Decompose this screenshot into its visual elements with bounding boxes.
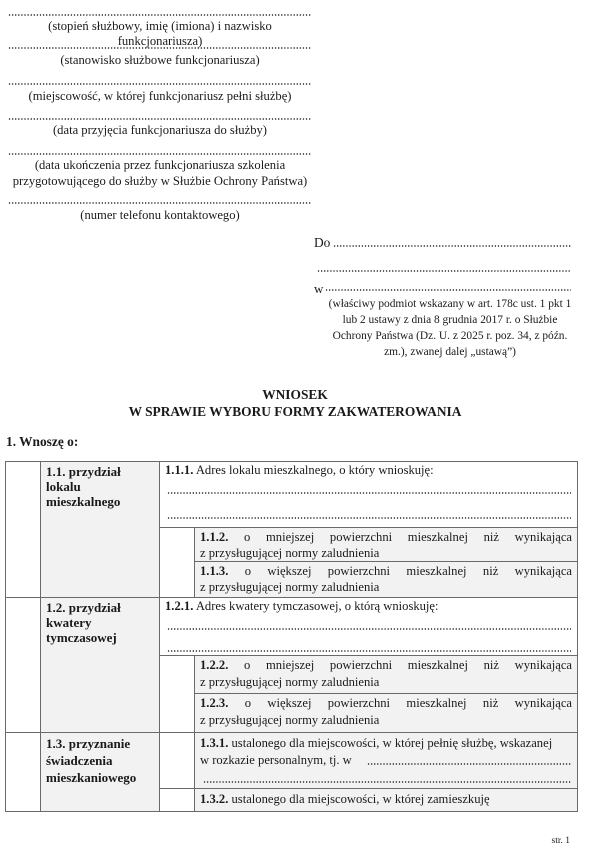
- checkbox-1-2-3[interactable]: [160, 694, 194, 732]
- personnel-order-location-field-1[interactable]: [367, 763, 571, 765]
- item-number: 1.2.1.: [165, 599, 193, 613]
- address-1-2-1-label: 1.2.1. Adres kwatery tymczasowej, o któr…: [165, 598, 439, 614]
- option-1-1-3: 1.1.3. o większej powierzchni mieszkalne…: [200, 563, 572, 595]
- training-date-field[interactable]: [8, 153, 312, 155]
- admission-date-caption: (data przyjęcia funkcjonariusza do służb…: [8, 123, 312, 138]
- option-line-1: 1.1.3. o większej powierzchni mieszkalne…: [200, 563, 572, 579]
- address-1-2-1-field-1[interactable]: [167, 628, 571, 630]
- group-title-line: tymczasowej: [46, 630, 121, 645]
- option-line-2: z przysługującej normy zaludnienia: [200, 545, 572, 561]
- option-1-1-2: 1.1.2. o mniejszej powierzchni mieszkaln…: [200, 529, 572, 561]
- admission-date-field[interactable]: [8, 118, 312, 120]
- recipient-note: (właściwy podmiot wskazany w art. 178c u…: [322, 296, 578, 360]
- item-text: o większej powierzchni mieszkalnej niż w…: [245, 564, 572, 578]
- divider: [159, 788, 578, 789]
- checkbox-1-1-2[interactable]: [160, 528, 194, 561]
- option-line-1: 1.3.1. ustalonego dla miejscowości, w kt…: [200, 735, 572, 752]
- position-field[interactable]: [8, 47, 312, 49]
- position-caption: (stanowisko służbowe funkcjonariusza): [8, 53, 312, 68]
- in-label: w: [314, 281, 323, 296]
- officer-name-caption: (stopień służbowy, imię (imiona) i nazwi…: [8, 19, 312, 49]
- item-text: Adres lokalu mieszkalnego, o który wnios…: [196, 463, 434, 477]
- option-1-3-2: 1.3.2. ustalonego dla miejscowości, w kt…: [200, 791, 572, 808]
- group-title-line: 1.1. przydział: [46, 464, 121, 479]
- divider: [194, 527, 195, 597]
- recipient-note-line: Ochrony Państwa (Dz. U. z 2025 r. poz. 3…: [322, 328, 578, 344]
- option-line-2: w rozkazie personalnym, tj. w: [200, 752, 572, 769]
- group-title-line: mieszkaniowego: [46, 769, 136, 786]
- document-title: WNIOSEK: [0, 386, 590, 403]
- officer-name-field[interactable]: [8, 14, 312, 16]
- item-number: 1.1.3.: [200, 564, 228, 578]
- section-1-heading: 1. Wnoszę o:: [6, 434, 78, 450]
- item-text: o większej powierzchni mieszkalnej niż w…: [245, 696, 572, 710]
- recipient-note-line: (właściwy podmiot wskazany w art. 178c u…: [322, 296, 578, 312]
- option-line-2: z przysługującej normy zaludnienia: [200, 579, 572, 595]
- item-text: o mniejszej powierzchni mieszkalnej niż …: [244, 530, 572, 544]
- group-title-line: 1.3. przyznanie: [46, 735, 136, 752]
- item-number: 1.2.3.: [200, 696, 228, 710]
- page-number: str. 1: [552, 836, 570, 846]
- phone-caption: (numer telefonu kontaktowego): [8, 208, 312, 223]
- group-title-line: kwatery: [46, 615, 121, 630]
- address-1-2-1-field-2[interactable]: [167, 650, 571, 652]
- item-number: 1.2.2.: [200, 658, 228, 672]
- checkbox-1-2[interactable]: [6, 598, 40, 732]
- divider: [194, 693, 578, 694]
- item-text: ustalonego dla miejscowości, w której pe…: [232, 736, 553, 750]
- item-number: 1.3.2.: [200, 792, 228, 806]
- checkbox-1-3-1[interactable]: [160, 733, 194, 788]
- option-line-2: z przysługującej normy zaludnienia: [200, 674, 572, 691]
- checkbox-1-2-2[interactable]: [160, 656, 194, 693]
- group-title-line: 1.2. przydział: [46, 600, 121, 615]
- item-number: 1.1.1.: [165, 463, 193, 477]
- recipient-field-2[interactable]: [317, 270, 571, 272]
- option-line-2: z przysługującej normy zaludnienia: [200, 712, 572, 729]
- recipient-note-line: zm.), zwanej dalej „ustawą”): [322, 344, 578, 360]
- address-1-1-1-label: 1.1.1. Adres lokalu mieszkalnego, o któr…: [165, 462, 434, 478]
- divider: [159, 655, 578, 656]
- document-subtitle: W SPRAWIE WYBORU FORMY ZAKWATEROWANIA: [0, 403, 590, 420]
- recipient-note-line: lub 2 ustawy z dnia 8 grudnia 2017 r. o …: [322, 312, 578, 328]
- item-number: 1.1.2.: [200, 530, 228, 544]
- divider: [5, 732, 578, 733]
- item-number: 1.3.1.: [200, 736, 228, 750]
- divider: [194, 732, 195, 812]
- checkbox-1-1-3[interactable]: [160, 562, 194, 597]
- checkbox-1-3-2[interactable]: [160, 789, 194, 811]
- recipient-field-1[interactable]: [333, 245, 571, 247]
- training-date-caption-2: przygotowującego do służby w Służbie Och…: [8, 174, 312, 189]
- group-1-1-title: 1.1. przydział lokalu mieszkalnego: [46, 464, 121, 509]
- option-1-2-3: 1.2.3. o większej powierzchni mieszkalne…: [200, 695, 572, 729]
- phone-field[interactable]: [8, 202, 312, 204]
- divider: [40, 461, 41, 812]
- option-1-2-2: 1.2.2. o mniejszej powierzchni mieszkaln…: [200, 657, 572, 691]
- group-1-2-title: 1.2. przydział kwatery tymczasowej: [46, 600, 121, 645]
- option-line-1: 1.2.2. o mniejszej powierzchni mieszkaln…: [200, 657, 572, 674]
- divider: [159, 527, 578, 528]
- group-title-line: lokalu: [46, 479, 121, 494]
- personnel-order-location-field-2[interactable]: [203, 781, 571, 783]
- recipient-location-field[interactable]: [325, 289, 571, 291]
- item-text: ustalonego dla miejscowości, w której za…: [232, 792, 490, 806]
- checkbox-1-1[interactable]: [6, 462, 40, 597]
- address-1-1-1-field-1[interactable]: [167, 492, 571, 494]
- checkbox-1-3[interactable]: [6, 733, 40, 811]
- group-title-line: mieszkalnego: [46, 494, 121, 509]
- group-1-3-title: 1.3. przyznanie świadczenia mieszkaniowe…: [46, 735, 136, 786]
- item-text: Adres kwatery tymczasowej, o którą wnios…: [196, 599, 439, 613]
- group-title-line: świadczenia: [46, 752, 136, 769]
- address-1-1-1-field-2[interactable]: [167, 517, 571, 519]
- service-location-caption: (miejscowość, w której funkcjonariusz pe…: [8, 89, 312, 104]
- service-location-field[interactable]: [8, 83, 312, 85]
- to-label: Do: [314, 235, 330, 250]
- item-text: o mniejszej powierzchni mieszkalnej niż …: [244, 658, 572, 672]
- training-date-caption-1: (data ukończenia przez funkcjonariusza s…: [8, 158, 312, 173]
- option-line-1: 1.2.3. o większej powierzchni mieszkalne…: [200, 695, 572, 712]
- divider: [194, 561, 578, 562]
- option-line-1: 1.1.2. o mniejszej powierzchni mieszkaln…: [200, 529, 572, 545]
